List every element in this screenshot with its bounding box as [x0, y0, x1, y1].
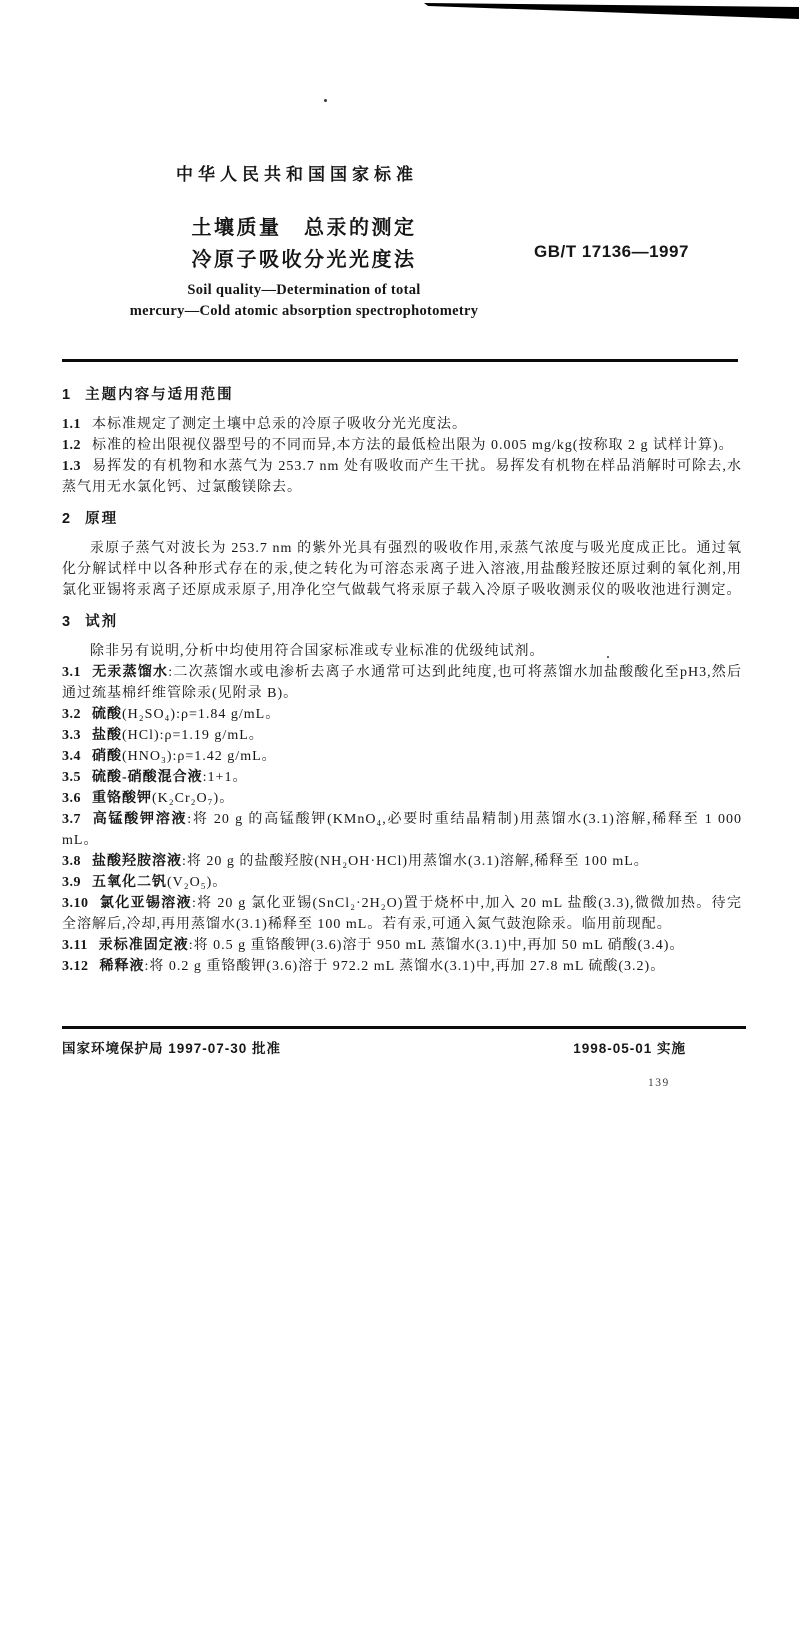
clause-3-1-number: 3.1	[62, 665, 81, 680]
header-divider-line	[62, 359, 738, 362]
scan-speck	[324, 99, 327, 102]
reagents-intro-text: 除非另有说明,分析中均使用符合国家标准或专业标准的优级纯试剂。	[90, 644, 545, 659]
scan-edge-artifact	[0, 0, 799, 26]
section-2-number: 2	[62, 511, 72, 527]
clause-3-9: 3.9五氧化二钒(V₂O₅)。	[62, 872, 742, 893]
clause-3-6: 3.6重铬酸钾(K₂Cr₂O₇)。	[62, 788, 742, 809]
clause-3-12-text: :将 0.2 g 重铬酸钾(3.6)溶于 972.2 mL 蒸馏水(3.1)中,…	[145, 959, 666, 974]
clause-3-11-text: :将 0.5 g 重铬酸钾(3.6)溶于 950 mL 蒸馏水(3.1)中,再加…	[189, 938, 685, 953]
clause-3-4-number: 3.4	[62, 749, 81, 764]
section-1-heading: 1主题内容与适用范围	[62, 386, 742, 404]
approval-note: 国家环境保护局 1997-07-30 批准	[62, 1037, 281, 1057]
clause-3-2-term: 硫酸	[92, 707, 122, 722]
clause-3-2-number: 3.2	[62, 707, 81, 722]
clause-3-3: 3.3盐酸(HCl):ρ=1.19 g/mL。	[62, 725, 742, 746]
section-3-title: 试剂	[85, 614, 118, 630]
clause-3-7-term: 高锰酸钾溶液	[92, 812, 187, 827]
clause-3-6-text: (K₂Cr₂O₇)。	[152, 791, 234, 806]
clause-3-11-number: 3.11	[62, 938, 88, 953]
clause-3-8-text: :将 20 g 的盐酸羟胺(NH₂OH·HCl)用蒸馏水(3.1)溶解,稀释至 …	[182, 854, 649, 869]
clause-3-5-text: :1+1。	[203, 770, 248, 785]
clause-1-3: 1.3易挥发的有机物和水蒸气为 253.7 nm 处有吸收而产生干扰。易挥发有机…	[62, 456, 742, 498]
clause-3-12-number: 3.12	[62, 959, 89, 974]
clause-1-1-text: 本标准规定了测定土壤中总汞的冷原子吸收分光光度法。	[92, 417, 467, 432]
clause-3-12: 3.12稀释液:将 0.2 g 重铬酸钾(3.6)溶于 972.2 mL 蒸馏水…	[62, 956, 742, 977]
section-3-number: 3	[62, 614, 72, 630]
document-title-en-line2: mercury—Cold atomic absorption spectroph…	[64, 303, 544, 320]
clause-3-9-number: 3.9	[62, 875, 81, 890]
clause-3-3-text: (HCl):ρ=1.19 g/mL。	[122, 728, 264, 743]
clause-1-2: 1.2标准的检出限视仪器型号的不同而异,本方法的最低检出限为 0.005 mg/…	[62, 435, 742, 456]
clause-1-1: 1.1本标准规定了测定土壤中总汞的冷原子吸收分光光度法。	[62, 414, 742, 435]
clause-3-8: 3.8盐酸羟胺溶液:将 20 g 的盐酸羟胺(NH₂OH·HCl)用蒸馏水(3.…	[62, 851, 742, 872]
clause-3-7: 3.7高锰酸钾溶液:将 20 g 的高锰酸钾(KMnO₄,必要时重结晶精制)用蒸…	[62, 809, 742, 851]
clause-3-10-term: 氯化亚锡溶液	[100, 896, 192, 911]
document-title-en-line1: Soil quality—Determination of total	[64, 282, 544, 299]
clause-1-1-number: 1.1	[62, 417, 81, 432]
standard-code: GB/T 17136—1997	[534, 242, 689, 262]
principle-text: 汞原子蒸气对波长为 253.7 nm 的紫外光具有强烈的吸收作用,汞蒸气浓度与吸…	[62, 541, 742, 598]
clause-3-1-term: 无汞蒸馏水	[92, 665, 168, 680]
clause-1-2-number: 1.2	[62, 438, 81, 453]
clause-3-4-text: (HNO₃):ρ=1.42 g/mL。	[122, 749, 277, 764]
document-title-cn-line2: 冷原子吸收分光光度法	[104, 243, 504, 272]
clause-3-10: 3.10氯化亚锡溶液:将 20 g 氯化亚锡(SnCl₂·2H₂O)置于烧杯中,…	[62, 893, 742, 935]
clause-3-2-text: (H₂SO₄):ρ=1.84 g/mL。	[122, 707, 280, 722]
clause-3-2: 3.2硫酸(H₂SO₄):ρ=1.84 g/mL。	[62, 704, 742, 725]
scanned-standard-page: 中华人民共和国国家标准 土壤质量 总汞的测定 冷原子吸收分光光度法 GB/T 1…	[0, 0, 799, 1632]
clause-3-5: 3.5硫酸-硝酸混合液:1+1。	[62, 767, 742, 788]
section-1-number: 1	[62, 387, 72, 403]
document-title-cn-line1: 土壤质量 总汞的测定	[104, 211, 504, 240]
section-2-title: 原理	[85, 511, 118, 527]
clause-3-5-number: 3.5	[62, 770, 81, 785]
clause-3-6-number: 3.6	[62, 791, 81, 806]
section-2-heading: 2原理	[62, 510, 742, 528]
clause-3-9-text: (V₂O₅)。	[167, 875, 227, 890]
reagents-intro: 除非另有说明,分析中均使用符合国家标准或专业标准的优级纯试剂。	[62, 641, 742, 662]
section-3-heading: 3试剂	[62, 613, 742, 631]
clause-3-8-term: 盐酸羟胺溶液	[92, 854, 182, 869]
clause-3-11-term: 汞标准固定液	[99, 938, 189, 953]
document-body: 1主题内容与适用范围 1.1本标准规定了测定土壤中总汞的冷原子吸收分光光度法。 …	[62, 386, 742, 977]
clause-1-2-text: 标准的检出限视仪器型号的不同而异,本方法的最低检出限为 0.005 mg/kg(…	[92, 438, 734, 453]
principle-paragraph: 汞原子蒸气对波长为 253.7 nm 的紫外光具有强烈的吸收作用,汞蒸气浓度与吸…	[62, 538, 742, 601]
clause-3-4-term: 硝酸	[92, 749, 122, 764]
clause-3-8-number: 3.8	[62, 854, 81, 869]
document-footer: 国家环境保护局 1997-07-30 批准 1998-05-01 实施	[62, 1037, 742, 1057]
footer-divider-line	[62, 1026, 746, 1029]
implementation-note: 1998-05-01 实施	[573, 1037, 686, 1057]
page-number: 139	[648, 1077, 670, 1089]
clause-3-7-number: 3.7	[62, 812, 81, 827]
section-1-title: 主题内容与适用范围	[85, 387, 234, 403]
national-standard-label: 中华人民共和国国家标准	[176, 160, 418, 185]
clause-3-10-number: 3.10	[62, 896, 89, 911]
clause-3-3-term: 盐酸	[92, 728, 122, 743]
clause-3-4: 3.4硝酸(HNO₃):ρ=1.42 g/mL。	[62, 746, 742, 767]
clause-1-3-text: 易挥发的有机物和水蒸气为 253.7 nm 处有吸收而产生干扰。易挥发有机物在样…	[62, 459, 742, 495]
clause-3-12-term: 稀释液	[100, 959, 145, 974]
clause-3-11: 3.11汞标准固定液:将 0.5 g 重铬酸钾(3.6)溶于 950 mL 蒸馏…	[62, 935, 742, 956]
clause-3-1: 3.1无汞蒸馏水:二次蒸馏水或电渗析去离子水通常可达到此纯度,也可将蒸馏水加盐酸…	[62, 662, 742, 704]
clause-3-6-term: 重铬酸钾	[92, 791, 152, 806]
clause-3-3-number: 3.3	[62, 728, 81, 743]
clause-3-9-term: 五氧化二钒	[92, 875, 167, 890]
clause-1-3-number: 1.3	[62, 459, 81, 474]
clause-3-5-term: 硫酸-硝酸混合液	[92, 770, 203, 785]
